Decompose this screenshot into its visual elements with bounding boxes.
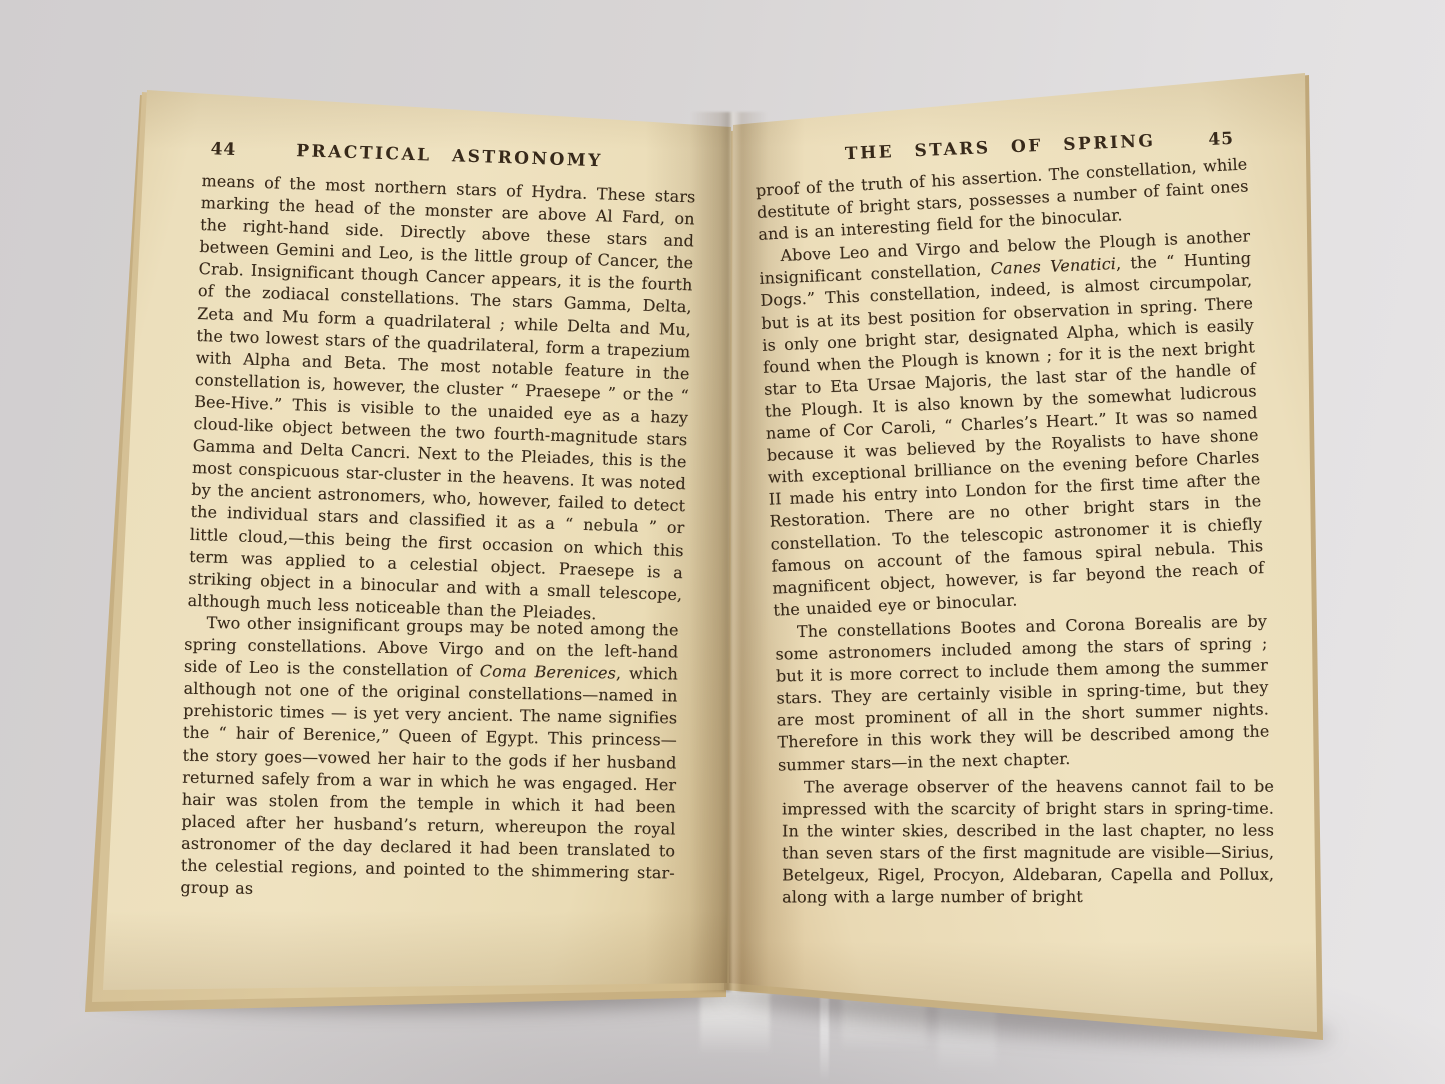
right-page-content: THE STARS OF SPRING 45 proof of the trut…: [754, 127, 1277, 908]
paragraph: The constellations Bootes and Corona Bor…: [775, 610, 1270, 776]
left-page-body: means of the most northern stars of Hydr…: [178, 170, 696, 915]
paragraph: Two other insignificant groups may be no…: [180, 612, 678, 907]
right-page: THE STARS OF SPRING 45 proof of the trut…: [728, 70, 1320, 1038]
page-number: 44: [210, 139, 236, 160]
page-number: 45: [1208, 129, 1234, 150]
right-page-body: proof of the truth of his assertion. The…: [755, 159, 1277, 908]
photo-background: 44 PRACTICAL ASTRONOMY means of the most…: [0, 0, 1445, 1084]
paragraph: The average observer of the heavens cann…: [782, 775, 1274, 908]
text-segment: The constellations Bootes and Corona Bor…: [775, 611, 1269, 774]
italic-text: Canes Venatici: [990, 254, 1116, 278]
italic-text: Coma Berenices: [480, 661, 616, 682]
running-head: PRACTICAL ASTRONOMY: [202, 138, 696, 174]
text-segment: means of the most northern stars of Hydr…: [187, 171, 695, 623]
text-segment: The average observer of the heavens cann…: [782, 776, 1274, 906]
paragraph: Above Leo and Virgo and below the Plough…: [758, 226, 1265, 622]
text-segment: , which although not one of the original…: [180, 664, 678, 898]
text-segment: , the “ Hunting Dogs.” This constellatio…: [760, 249, 1264, 620]
left-page: 44 PRACTICAL ASTRONOMY means of the most…: [103, 86, 733, 992]
left-page-content: 44 PRACTICAL ASTRONOMY means of the most…: [178, 138, 697, 915]
paragraph: means of the most northern stars of Hydr…: [187, 170, 695, 628]
